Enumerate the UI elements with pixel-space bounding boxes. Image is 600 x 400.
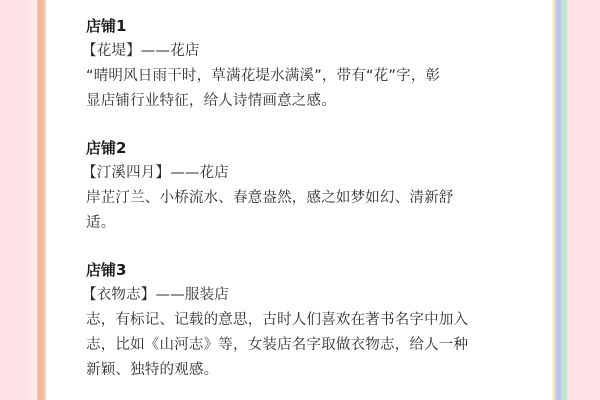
store-section-2: 店铺2 【汀溪四月】——花店 岸芷汀兰、小桥流水、春意盎然，感之如梦如幻、清新舒…: [86, 136, 516, 236]
left-decorative-stripes: [36, 0, 46, 400]
store-heading: 店铺2: [86, 136, 516, 161]
store-description-line: 显店铺行业特征，给人诗情画意之感。: [86, 89, 516, 114]
store-list: 店铺1 【花堤】——花店 “晴明风日雨干时，草满花堤水满溪”，带有“花”字，彰 …: [86, 14, 516, 383]
left-pink-background: [0, 0, 36, 400]
store-title: 【衣物志】——服装店: [82, 283, 516, 308]
store-heading: 店铺3: [86, 258, 516, 283]
store-section-3: 店铺3 【衣物志】——服装店 志，有标记、记载的意思，古时人们喜欢在著书名字中加…: [86, 258, 516, 383]
right-pink-background: [568, 0, 600, 400]
store-heading: 店铺1: [86, 14, 516, 39]
store-title: 【汀溪四月】——花店: [82, 161, 516, 186]
store-title: 【花堤】——花店: [82, 39, 516, 64]
store-section-1: 店铺1 【花堤】——花店 “晴明风日雨干时，草满花堤水满溪”，带有“花”字，彰 …: [86, 14, 516, 114]
store-description-line: “晴明风日雨干时，草满花堤水满溪”，带有“花”字，彰: [86, 64, 516, 89]
store-description-line: 志，比如《山河志》等，女装店名字取做衣物志，给人一种: [86, 333, 516, 358]
right-decorative-stripes: [552, 0, 568, 400]
store-description-line: 新颖、独特的观感。: [86, 358, 516, 383]
store-description-line: 岸芷汀兰、小桥流水、春意盎然，感之如梦如幻、清新舒: [86, 186, 516, 211]
store-description-line: 志，有标记、记载的意思，古时人们喜欢在著书名字中加入: [86, 308, 516, 333]
store-description-line: 适。: [86, 211, 516, 236]
